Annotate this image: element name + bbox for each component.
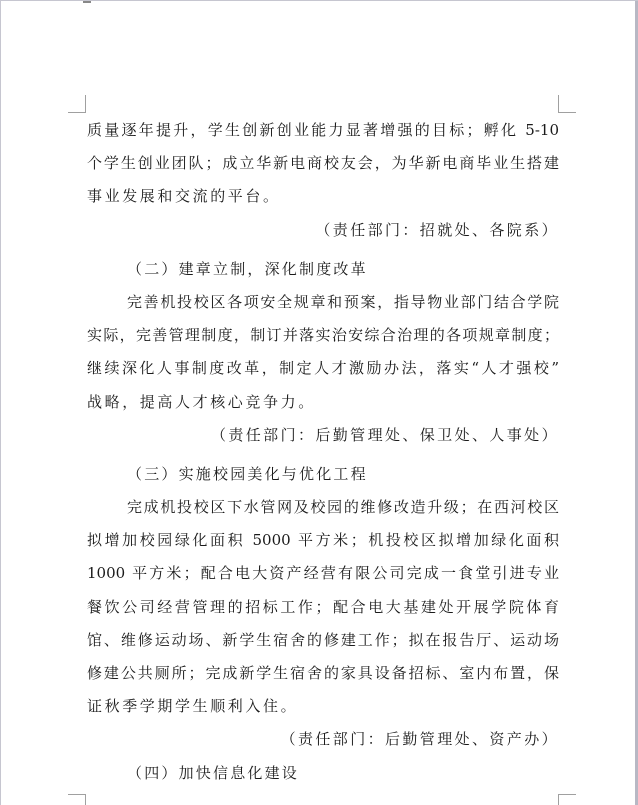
- section-heading: （二）建章立制，深化制度改革: [87, 256, 559, 289]
- section-4: （四）加快信息化建设: [87, 760, 559, 793]
- responsibility-note: （责任部门：招就处、各院系）: [87, 217, 559, 250]
- section-heading: （四）加快信息化建设: [87, 760, 559, 793]
- section-heading: （三）实施校园美化与优化工程: [87, 461, 559, 494]
- paragraph-line: 完成机投校区下水管网及校园的维修改造升级；在西河校区: [87, 494, 559, 527]
- paragraph-line: 修建公共厕所；完成新学生宿舍的家具设备招标、室内布置，保: [87, 660, 559, 693]
- responsibility-note: （责任部门：后勤管理处、保卫处、人事处）: [87, 422, 559, 455]
- ruler-marker: [83, 1, 91, 3]
- margin-corner-mark-top-left: [68, 95, 86, 113]
- paragraph-line: 战略，提高人才核心竞争力。: [87, 389, 559, 422]
- paragraph-line: 实际，完善管理制度，制订并落实治安综合治理的各项规章制度；: [87, 322, 559, 355]
- margin-corner-mark-bottom-left: [68, 794, 86, 805]
- section-2: （二）建章立制，深化制度改革 完善机投校区各项安全规章和预案，指导物业部门结合学…: [87, 256, 559, 455]
- paragraph-line: 证秋季学期学生顺利入住。: [87, 693, 559, 726]
- section-3: （三）实施校园美化与优化工程 完成机投校区下水管网及校园的维修改造升级；在西河校…: [87, 461, 559, 760]
- paragraph-line: 馆、维修运动场、新学生宿舍的修建工作；拟在报告厅、运动场: [87, 627, 559, 660]
- paragraph-line: 1000 平方米；配合电大资产经营有限公司完成一食堂引进专业: [87, 560, 559, 593]
- section-1-paragraph: 质量逐年提升，学生创新创业能力显著增强的目标；孵化 5-10 个学生创业团队；成…: [87, 117, 559, 250]
- paragraph-line: 完善机投校区各项安全规章和预案，指导物业部门结合学院: [87, 289, 559, 322]
- paragraph-line: 质量逐年提升，学生创新创业能力显著增强的目标；孵化 5-10: [87, 117, 559, 150]
- paragraph-line: 个学生创业团队；成立华新电商校友会，为华新电商毕业生搭建: [87, 150, 559, 183]
- paragraph-line: 继续深化人事制度改革，制定人才激励办法，落实“人才强校”: [87, 355, 559, 388]
- paragraph-line: 事业发展和交流的平台。: [87, 183, 559, 216]
- document-viewport: 质量逐年提升，学生创新创业能力显著增强的目标；孵化 5-10 个学生创业团队；成…: [0, 0, 638, 805]
- page-body[interactable]: 质量逐年提升，学生创新创业能力显著增强的目标；孵化 5-10 个学生创业团队；成…: [87, 117, 559, 793]
- responsibility-note: （责任部门：后勤管理处、资产办）: [87, 726, 559, 759]
- paragraph-line: 餐饮公司经营管理的招标工作；配合电大基建处开展学院体育: [87, 594, 559, 627]
- paragraph-line: 拟增加校园绿化面积 5000 平方米；机投校区拟增加绿化面积: [87, 527, 559, 560]
- margin-corner-mark-bottom-right: [558, 794, 576, 805]
- margin-corner-mark-top-right: [558, 95, 576, 113]
